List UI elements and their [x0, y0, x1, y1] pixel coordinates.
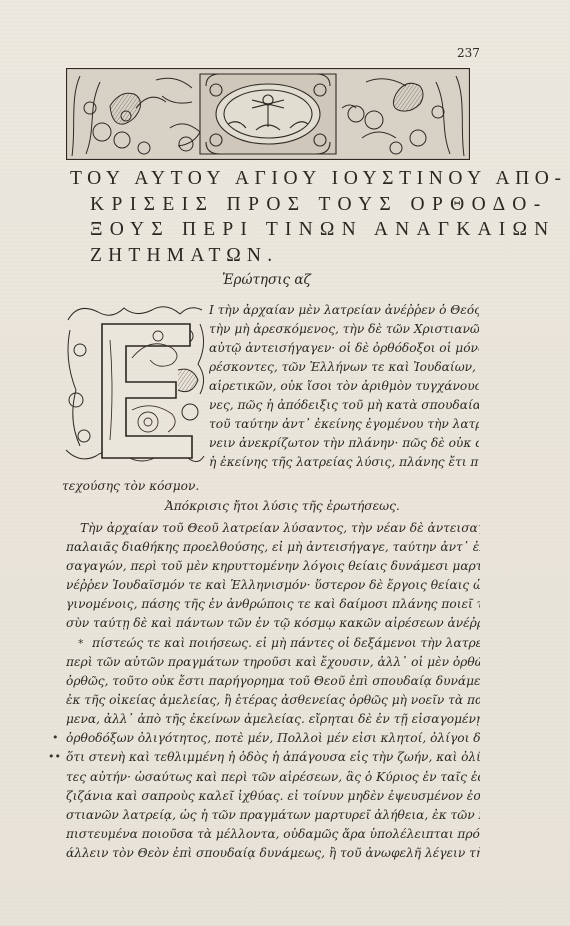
- title-line-2: ΚΡΙΣΕΙΣ ΠΡΟΣ ΤΟΥΣ ΟΡΘΟΔΟ-: [90, 194, 548, 216]
- answer-line: άλλειν τὸν Θεὸν ἐπὶ σπουδαίᾳ δυνάμεως, ἢ…: [66, 846, 480, 860]
- answer-line: νέῤῥεν Ἰουδαϊσμόν τε καὶ Ἑλληνισμόν· ὕστ…: [66, 578, 480, 592]
- answer-line: τες αὐτήν· ὡσαύτως καὶ περὶ τῶν αἱρέσεων…: [66, 770, 480, 784]
- question-line: ρέσκοντες, τῶν Ἑλλήνων τε καὶ Ἰουδαίων, …: [209, 360, 479, 374]
- question-continuation: τεχούσης τὸν κόσμον.: [62, 479, 199, 493]
- title-line-3: ΞΟΥΣ ΠΕΡΙ ΤΙΝΩΝ ΑΝΑΓΚΑΙΩΝ: [90, 219, 555, 241]
- answer-line: ζιζάνια καὶ σαπροὺς καλεῖ ἰχθύας. εἰ τοί…: [66, 789, 480, 803]
- answer-heading: Ἀπόκρισις ἤτοι λύσις τῆς ἐρωτήσεως.: [165, 499, 400, 513]
- answer-line: ὀρθοδόξων ὀλιγότητος, ποτὲ μέν, Πολλοὶ μ…: [66, 731, 480, 745]
- question-line: τοῦ ταύτην ἀντ᾿ ἐκείνης ἐγομένου τὴν λατ…: [209, 417, 479, 431]
- margin-mark: •: [52, 731, 59, 744]
- answer-line: ἐκ τῆς οἰκείας ἀμελείας, ἢ ἑτέρας ἀσθενε…: [66, 693, 480, 707]
- answer-line: πιστευμένα ποιοῦσα τὰ μέλλοντα, οὐδαμῶς …: [66, 827, 480, 841]
- answer-line: Τὴν ἀρχαίαν τοῦ Θεοῦ λατρείαν λύσαντος, …: [80, 521, 480, 535]
- answer-line: σαγαγών, περὶ τοῦ μὲν κηρυττομένην λόγοι…: [66, 559, 480, 573]
- answer-line: παλαιᾶς διαθήκης προελθούσης, εἰ μὴ ἀντε…: [66, 540, 480, 554]
- question-line: ἡ ἐκείνης τῆς λατρείας λύσις, πλάνης ἔτι…: [209, 455, 479, 469]
- woodcut-headpiece-banner: [66, 68, 470, 160]
- answer-line: γινομένοις, πάσης τῆς ἐν ἀνθρώποις τε κα…: [66, 597, 480, 611]
- answer-line: περὶ τῶν αὐτῶν πραγμάτων τηροῦσι καὶ ἔχο…: [66, 655, 480, 669]
- answer-line: ὀρθῶς, τοῦτο οὐκ ἔστι παρήγορημα τοῦ Θεο…: [66, 674, 480, 688]
- answer-line: ὅτι στενὴ καὶ τεθλιμμένη ἡ ὁδὸς ἡ ἀπάγου…: [66, 750, 480, 764]
- answer-line: στιανῶν λατρείᾳ, ὡς ἡ τῶν πραγμάτων μαρτ…: [66, 808, 480, 822]
- question-line: αὐτῷ ἀντεισήγαγεν· οἱ δὲ ὀρθόδοξοι οἱ μό…: [209, 341, 479, 355]
- question-line: νειν ἀνεκρίζωτον τὴν πλάνην· πῶς δὲ οὐκ …: [209, 436, 479, 450]
- floral-initial-icon: [62, 300, 208, 472]
- margin-asterisk: *: [78, 637, 84, 650]
- question-line: αἱρετικῶν, οὐκ ἴσοι τὸν ἀριθμὸν τυγχάνου…: [209, 379, 479, 393]
- answer-line: μενα, ἀλλ᾿ ἀπὸ τῆς ἐκείνων ἀμελείας. εἴρ…: [66, 712, 480, 726]
- title-line-4: ΖΗΤΗΜΑΤΩΝ.: [90, 245, 278, 267]
- question-line: νες, πῶς ἡ ἀπόδειξις τοῦ μὴ κατὰ σπουδαί…: [209, 398, 479, 412]
- decorated-initial-e: [62, 300, 208, 472]
- page-number: 237: [457, 46, 480, 60]
- margin-mark: ••: [48, 750, 61, 763]
- question-line: Ι τὴν ἀρχαίαν μὲν λατρείαν ἀνέῤῥεν ὁ Θεό…: [209, 303, 479, 317]
- title-line-1: ΤΟΥ ΑΥΤΟΥ ΑΓΙΟΥ ΙΟΥΣΤΙΝΟΥ ΑΠΟ-: [70, 168, 567, 190]
- question-line: τὴν μὴ ἀρεσκόμενος, τὴν δὲ τῶν Χριστιανῶ…: [209, 322, 479, 336]
- ornament-icon: [66, 68, 470, 160]
- question-heading: Ἐρώτησις αζ: [222, 272, 311, 288]
- answer-line: σὺν ταύτῃ δὲ καὶ πάντων τῶν ἐν τῷ κόσμῳ …: [66, 616, 480, 630]
- book-page: 237: [0, 0, 570, 926]
- answer-line: πίστεώς τε καὶ ποιήσεως. εἰ μὴ πάντες οἱ…: [92, 636, 480, 650]
